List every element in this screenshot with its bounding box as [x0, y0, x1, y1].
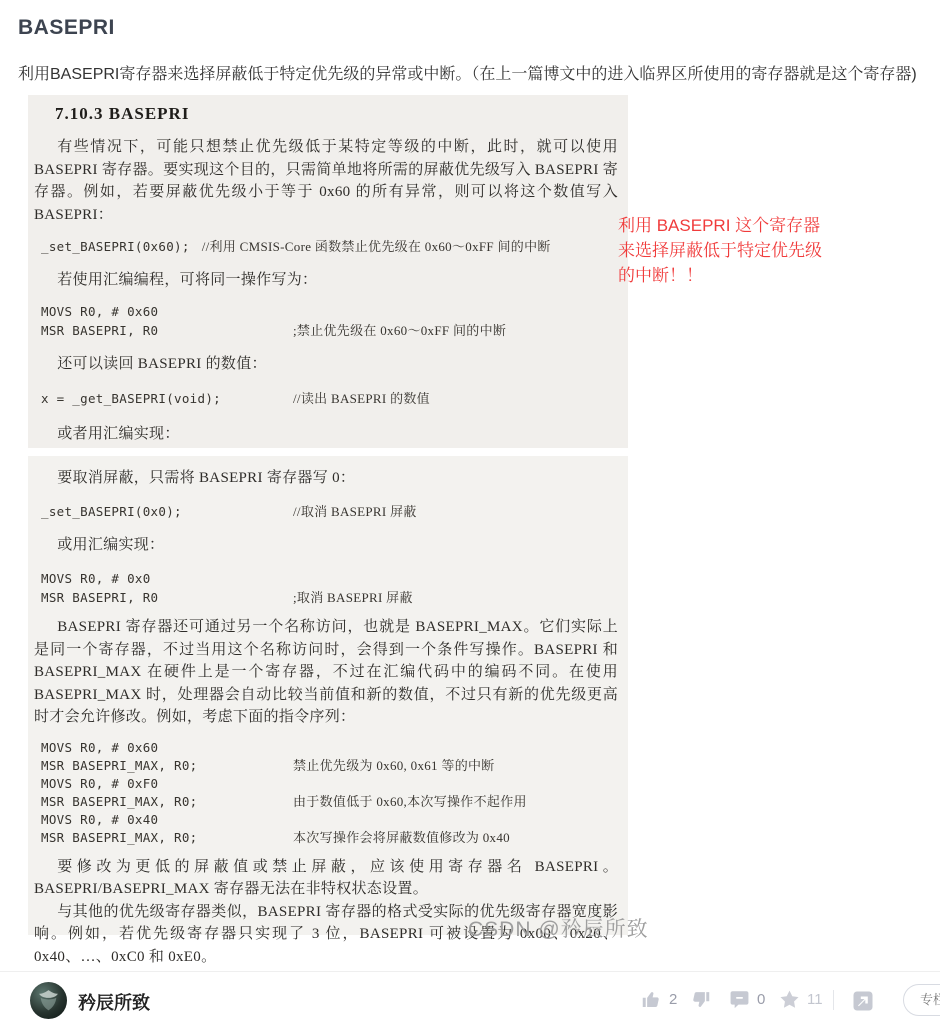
scan-section-heading: 7.10.3 BASEPRI: [55, 95, 628, 124]
comment-icon: [729, 989, 750, 1010]
red-annotation: 利用 BASEPRI 这个寄存器 来选择屏蔽低于特定优先级 的中断！！: [618, 213, 888, 288]
red-annotation-line: 来选择屏蔽低于特定优先级: [618, 238, 888, 263]
scan-code-line: MOVS R0, # 0x60: [41, 740, 620, 756]
share-button[interactable]: [851, 989, 875, 1013]
author-name[interactable]: 矜辰所致: [78, 989, 150, 1015]
scan-code-line: _set_BASEPRI(0x60);//利用 CMSIS-Core 函数禁止优…: [41, 239, 620, 255]
shield-logo-icon: [36, 988, 61, 1013]
scan-code-line: MOVS R0, # 0x40: [41, 812, 620, 828]
scan-code-line: MOVS R0, # 0x0: [41, 571, 620, 587]
scan-code-line: MSR BASEPRI_MAX, R0;由于数值低于 0x60,本次写操作不起作…: [41, 794, 620, 810]
article-footer-bar: 矜辰所致 2 0 11 专栏目录: [0, 971, 940, 1027]
avatar[interactable]: [30, 982, 67, 1019]
footer-divider: [833, 990, 834, 1010]
share-icon: [851, 989, 875, 1013]
red-annotation-line: 利用 BASEPRI 这个寄存器: [618, 213, 888, 238]
page-title: BASEPRI: [18, 16, 115, 40]
star-icon: [779, 989, 800, 1010]
comment-count: 0: [757, 991, 765, 1008]
scan-code-line: MSR BASEPRI_MAX, R0;禁止优先级为 0x60, 0x61 等的…: [41, 758, 620, 774]
scan-code-line: x = _get_BASEPRI(void);//读出 BASEPRI 的数值: [41, 391, 620, 407]
blog-page: { "colors": { "accent_red": "#f03b3b", "…: [0, 0, 940, 1027]
scan-paragraph: 或者用汇编实现：: [34, 423, 618, 445]
scan-code-line: MSR BASEPRI, R0;禁止优先级在 0x60～0xFF 间的中断: [41, 323, 620, 339]
like-count: 2: [669, 991, 677, 1008]
star-button[interactable]: 11: [779, 989, 823, 1010]
column-directory-button[interactable]: 专栏目录: [903, 984, 940, 1016]
thumbs-up-icon: [641, 989, 662, 1010]
scan-paragraph: 有些情况下，可能只想禁止优先级低于某特定等级的中断，此时，就可以使用 BASEP…: [34, 136, 618, 226]
scan-page-bottom: 要取消屏蔽，只需将 BASEPRI 寄存器写 0： _set_BASEPRI(0…: [28, 456, 628, 935]
scan-paragraph: 还可以读回 BASEPRI 的数值：: [34, 353, 618, 375]
thumbs-down-icon: [690, 989, 711, 1010]
scan-code-line: MSR BASEPRI, R0;取消 BASEPRI 屏蔽: [41, 590, 620, 606]
scan-paragraph: BASEPRI 寄存器还可通过另一个名称访问，也就是 BASEPRI_MAX。它…: [34, 616, 618, 729]
scan-code-line: _set_BASEPRI(0x0);//取消 BASEPRI 屏蔽: [41, 504, 620, 520]
book-scan-image[interactable]: 7.10.3 BASEPRI 有些情况下，可能只想禁止优先级低于某特定等级的中断…: [28, 95, 930, 943]
scan-paragraph: 要修改为更低的屏蔽值或禁止屏蔽，应该使用寄存器名 BASEPRI。BASEPRI…: [34, 856, 618, 901]
comment-button[interactable]: 0: [729, 989, 765, 1010]
scan-paragraph: 若使用汇编编程，可将同一操作写为：: [34, 269, 618, 291]
dislike-button[interactable]: [690, 989, 711, 1010]
star-count: 11: [807, 991, 823, 1008]
scan-code-line: MOVS R0, # 0xF0: [41, 776, 620, 792]
intro-paragraph: 利用BASEPRI寄存器来选择屏蔽低于特定优先级的异常或中断。（在上一篇博文中的…: [18, 63, 928, 87]
like-button[interactable]: 2: [641, 989, 677, 1010]
scan-page-top: 7.10.3 BASEPRI 有些情况下，可能只想禁止优先级低于某特定等级的中断…: [28, 95, 628, 448]
scan-code-line: MSR BASEPRI_MAX, R0;本次写操作会将屏蔽数值修改为 0x40: [41, 830, 620, 846]
scan-paragraph: 要取消屏蔽，只需将 BASEPRI 寄存器写 0：: [34, 456, 618, 489]
red-annotation-line: 的中断！！: [618, 263, 888, 288]
csdn-watermark: CSDN @矜辰所致: [468, 913, 649, 943]
scan-code-line: MOVS R0, # 0x60: [41, 304, 620, 320]
scan-paragraph: 或用汇编实现：: [34, 534, 618, 556]
